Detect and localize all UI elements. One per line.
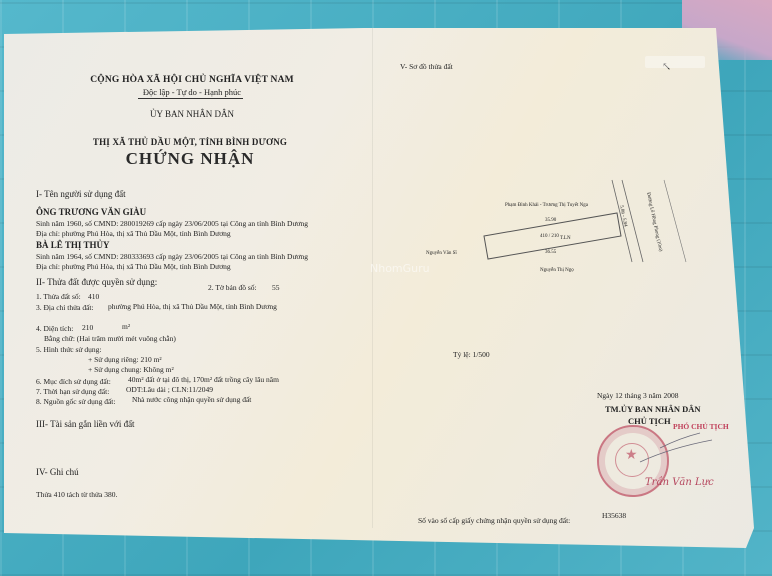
registry-number: H35638 (602, 512, 626, 520)
registry-label: Số vào sổ cấp giấy chứng nhận quyền sử d… (418, 517, 570, 525)
signature-stroke (0, 0, 772, 576)
signer-name: Trần Văn Lực (645, 478, 714, 488)
